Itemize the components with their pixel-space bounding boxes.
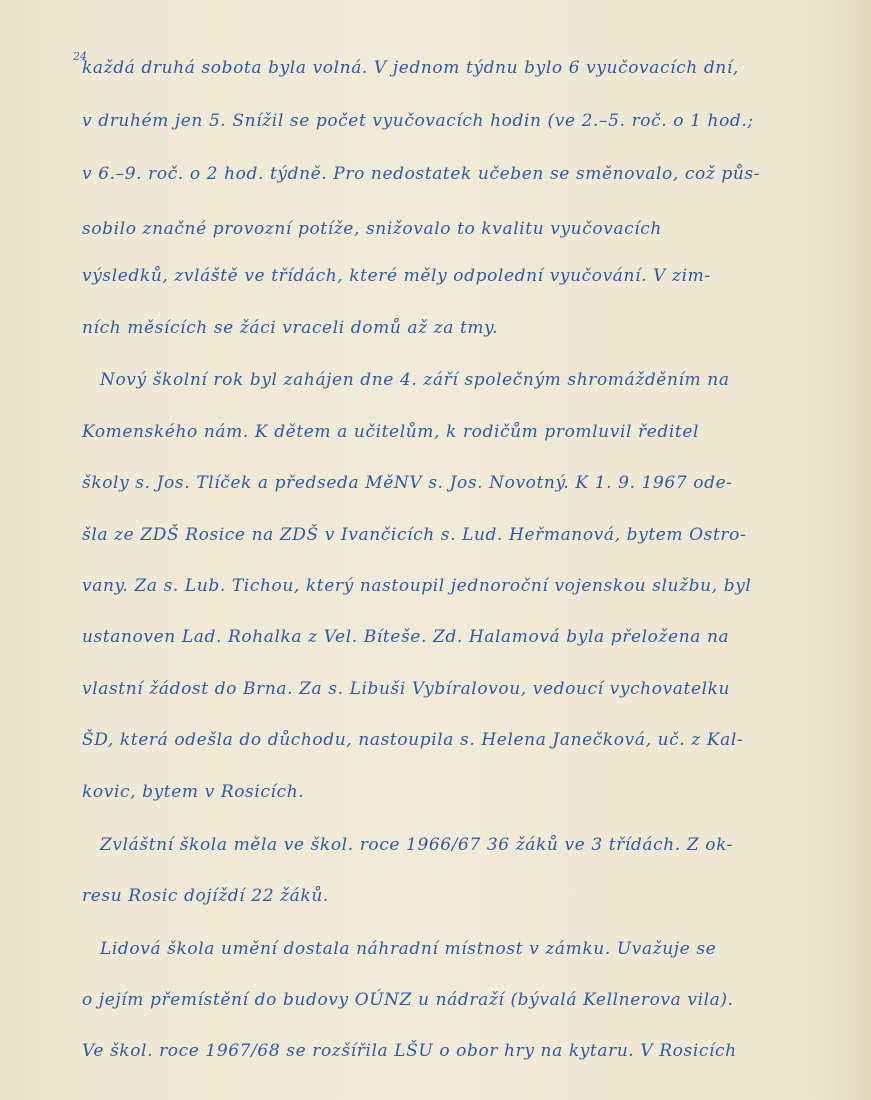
text-line: vlastní žádost do Brna. Za s. Libuši Vyb… — [82, 679, 730, 699]
page-edge-shadow — [833, 0, 871, 1100]
text-line: Ve škol. roce 1967/68 se rozšířila LŠU o… — [82, 1041, 737, 1061]
text-line: výsledků, zvláště ve třídách, které měly… — [82, 266, 711, 286]
text-line: ustanoven Lad. Rohalka z Vel. Bíteše. Zd… — [82, 627, 729, 647]
text-line: kovic, bytem v Rosicích. — [82, 782, 304, 802]
text-line: v druhém jen 5. Snížil se počet vyučovac… — [82, 111, 754, 131]
text-line: vany. Za s. Lub. Tichou, který nastoupil… — [82, 576, 751, 596]
text-line: v 6.–9. roč. o 2 hod. týdně. Pro nedosta… — [82, 164, 760, 184]
text-line: o jejím přemístění do budovy OÚNZ u nádr… — [82, 990, 734, 1010]
text-line: Lidová škola umění dostala náhradní míst… — [100, 939, 716, 959]
text-line: každá druhá sobota byla volná. V jednom … — [82, 58, 739, 78]
text-line: ŠD, která odešla do důchodu, nastoupila … — [82, 730, 743, 750]
text-line: školy s. Jos. Tlíček a předseda MěNV s. … — [82, 473, 733, 493]
text-line: resu Rosic dojíždí 22 žáků. — [82, 886, 329, 906]
text-line: Nový školní rok byl zahájen dne 4. září … — [100, 370, 730, 390]
text-line: šla ze ZDŠ Rosice na ZDŠ v Ivančicích s.… — [82, 525, 746, 545]
text-line: ních měsících se žáci vraceli domů až za… — [82, 318, 498, 338]
handwritten-page: 24 každá druhá sobota byla volná. V jedn… — [0, 0, 871, 1100]
text-line: sobilo značné provozní potíže, snižovalo… — [82, 219, 662, 239]
text-line: Zvláštní škola měla ve škol. roce 1966/6… — [100, 835, 733, 855]
text-line: Komenského nám. K dětem a učitelům, k ro… — [82, 422, 699, 442]
